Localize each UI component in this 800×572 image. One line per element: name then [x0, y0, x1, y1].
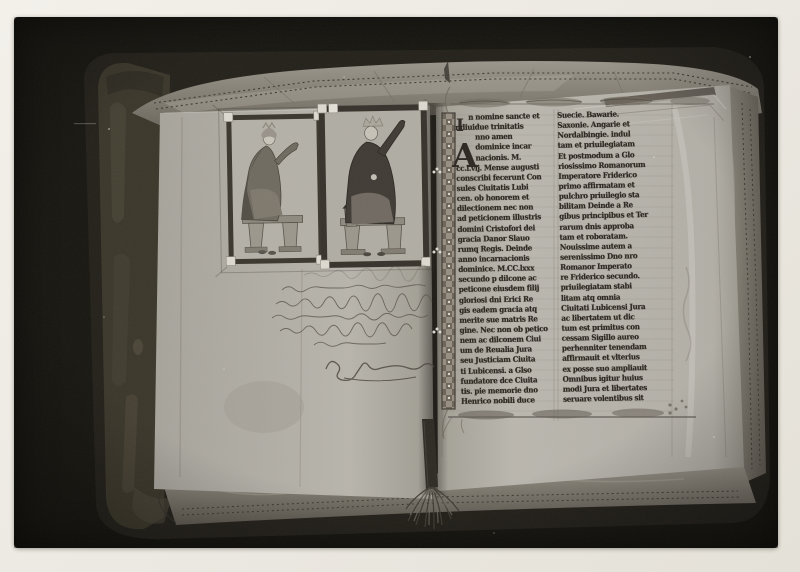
text-block: n nomine sancte etndiuidue trinitatis nn… [454, 108, 675, 412]
manuscript-line: ad peticionem illustris [457, 212, 554, 224]
photograph: I A n nomine sancte etndiuidue trinitati… [14, 17, 778, 548]
manuscript-line: Henrico nobili duce [461, 395, 558, 407]
manuscript-line: gibus principibus et Ter [559, 210, 656, 222]
manuscript-line: ex posse suo ampliauit [562, 362, 659, 374]
manuscript-line: seruare volentibus sit [563, 393, 660, 405]
text-column-2: Suecie. Bawarie.Saxonie. Angarie etNorda… [557, 109, 660, 405]
text-column-1: n nomine sancte etndiuidue trinitatis nn… [455, 111, 558, 407]
